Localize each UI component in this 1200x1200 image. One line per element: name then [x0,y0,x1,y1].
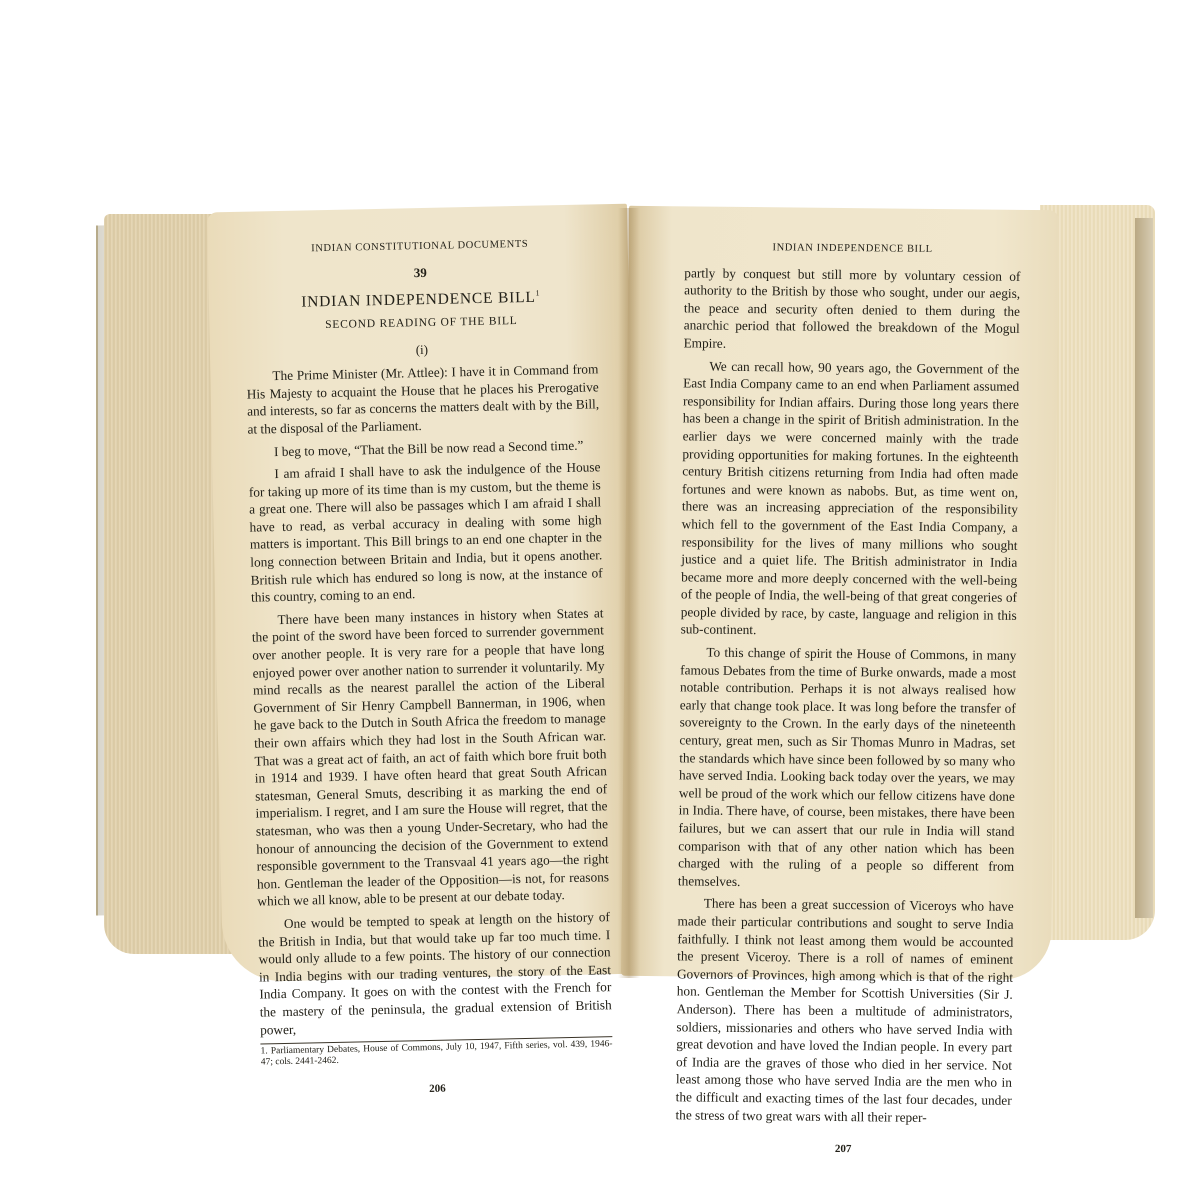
paragraph: I beg to move, “That the Bill be now rea… [248,436,600,461]
running-head: INDIAN CONSTITUTIONAL DOCUMENTS [244,234,596,259]
running-head: INDIAN INDEPENDENCE BILL [685,238,1021,259]
paragraph: I am afraid I shall have to ask the indu… [248,458,603,606]
footnote-mark: 1 [535,289,540,298]
right-page: INDIAN INDEPENDENCE BILL partly by conqu… [621,206,1059,980]
paragraph: There has been a great succession of Vic… [675,895,1013,1127]
document-title-text: INDIAN INDEPENDENCE BILL [301,289,536,311]
right-page-text: INDIAN INDEPENDENCE BILL partly by conqu… [675,238,1021,1160]
left-page: INDIAN CONSTITUTIONAL DOCUMENTS 39 INDIA… [207,204,643,983]
book-cover-right-edge [1135,218,1153,918]
open-book: INDIAN CONSTITUTIONAL DOCUMENTS 39 INDIA… [0,0,1200,1200]
page-number: 207 [675,1139,1011,1160]
continued-paragraph: partly by conquest but still more by vol… [684,264,1021,355]
footnote: 1. Parliamentary Debates, House of Commo… [260,1039,612,1068]
paragraph: To this change of spirit the House of Co… [678,643,1017,893]
document-subtitle: SECOND READING OF THE BILL [245,311,597,336]
page-number: 206 [261,1077,613,1102]
paragraph: There have been many instances in histor… [251,604,609,910]
document-part: (i) [246,337,598,362]
document-number: 39 [244,260,596,285]
left-page-text: INDIAN CONSTITUTIONAL DOCUMENTS 39 INDIA… [244,234,614,1102]
book-gutter [618,208,640,978]
paragraph: One would be tempted to speak at length … [258,908,613,1039]
paragraph: We can recall how, 90 years ago, the Gov… [681,357,1020,642]
document-title: INDIAN INDEPENDENCE BILL1 [245,284,597,313]
paragraph: The Prime Minister (Mr. Attlee): I have … [246,360,599,438]
